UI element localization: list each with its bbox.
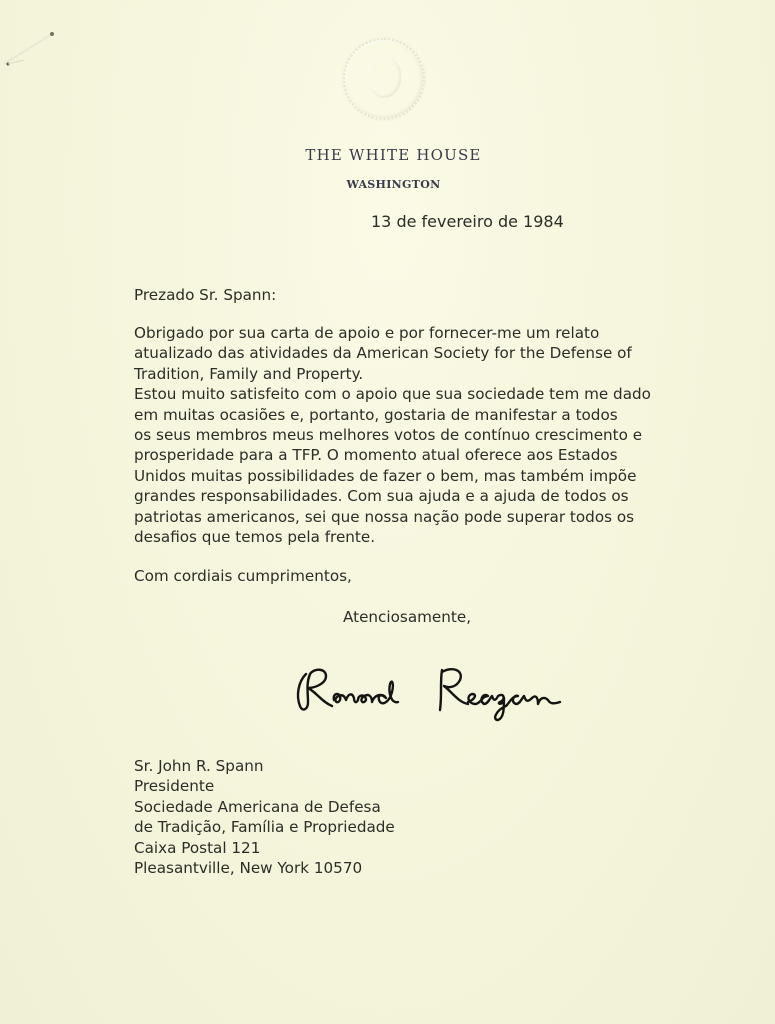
recipient-address: Sr. John R. Spann Presidente Sociedade A…	[134, 756, 395, 878]
address-line: Sr. John R. Spann	[134, 756, 395, 776]
address-line: Presidente	[134, 776, 395, 796]
letterhead-title: THE WHITE HOUSE	[0, 146, 775, 164]
closing: Com cordiais cumprimentos,	[134, 566, 352, 586]
body-line: atualizado das atividades da American So…	[134, 343, 651, 363]
body-line: em muitas ocasiões e, portanto, gostaria…	[134, 405, 651, 425]
body-line: desafios que temos pela frente.	[134, 527, 651, 547]
letterhead-city: WASHINGTON	[0, 178, 775, 191]
body-line: patriotas americanos, sei que nossa naçã…	[134, 507, 651, 527]
body-line: Tradition, Family and Property.	[134, 364, 651, 384]
body-line: Estou muito satisfeito com o apoio que s…	[134, 384, 651, 404]
address-line: Sociedade Americana de Defesa	[134, 797, 395, 817]
body-line: prosperidade para a TFP. O momento atual…	[134, 445, 651, 465]
address-line: Caixa Postal 121	[134, 838, 395, 858]
address-line: Pleasantville, New York 10570	[134, 858, 395, 878]
paper-crease-mark	[0, 0, 120, 80]
letter-paper: THE WHITE HOUSE WASHINGTON 13 de feverei…	[0, 0, 775, 1024]
signoff: Atenciosamente,	[343, 608, 471, 626]
body-line: grandes responsabilidades. Com sua ajuda…	[134, 486, 651, 506]
address-line: de Tradição, Família e Propriedade	[134, 817, 395, 837]
body-line: Unidos muitas possibilidades de fazer o …	[134, 466, 651, 486]
letter-body: Obrigado por sua carta de apoio e por fo…	[134, 323, 651, 547]
eagle-emboss-icon	[367, 58, 401, 98]
letter-date: 13 de fevereiro de 1984	[371, 212, 564, 231]
signature-icon: Ronald Reagan	[292, 662, 572, 722]
presidential-seal-emboss-icon	[343, 38, 425, 120]
body-line: Obrigado por sua carta de apoio e por fo…	[134, 323, 651, 343]
body-line: os seus membros meus melhores votos de c…	[134, 425, 651, 445]
greeting: Prezado Sr. Spann:	[134, 285, 276, 305]
